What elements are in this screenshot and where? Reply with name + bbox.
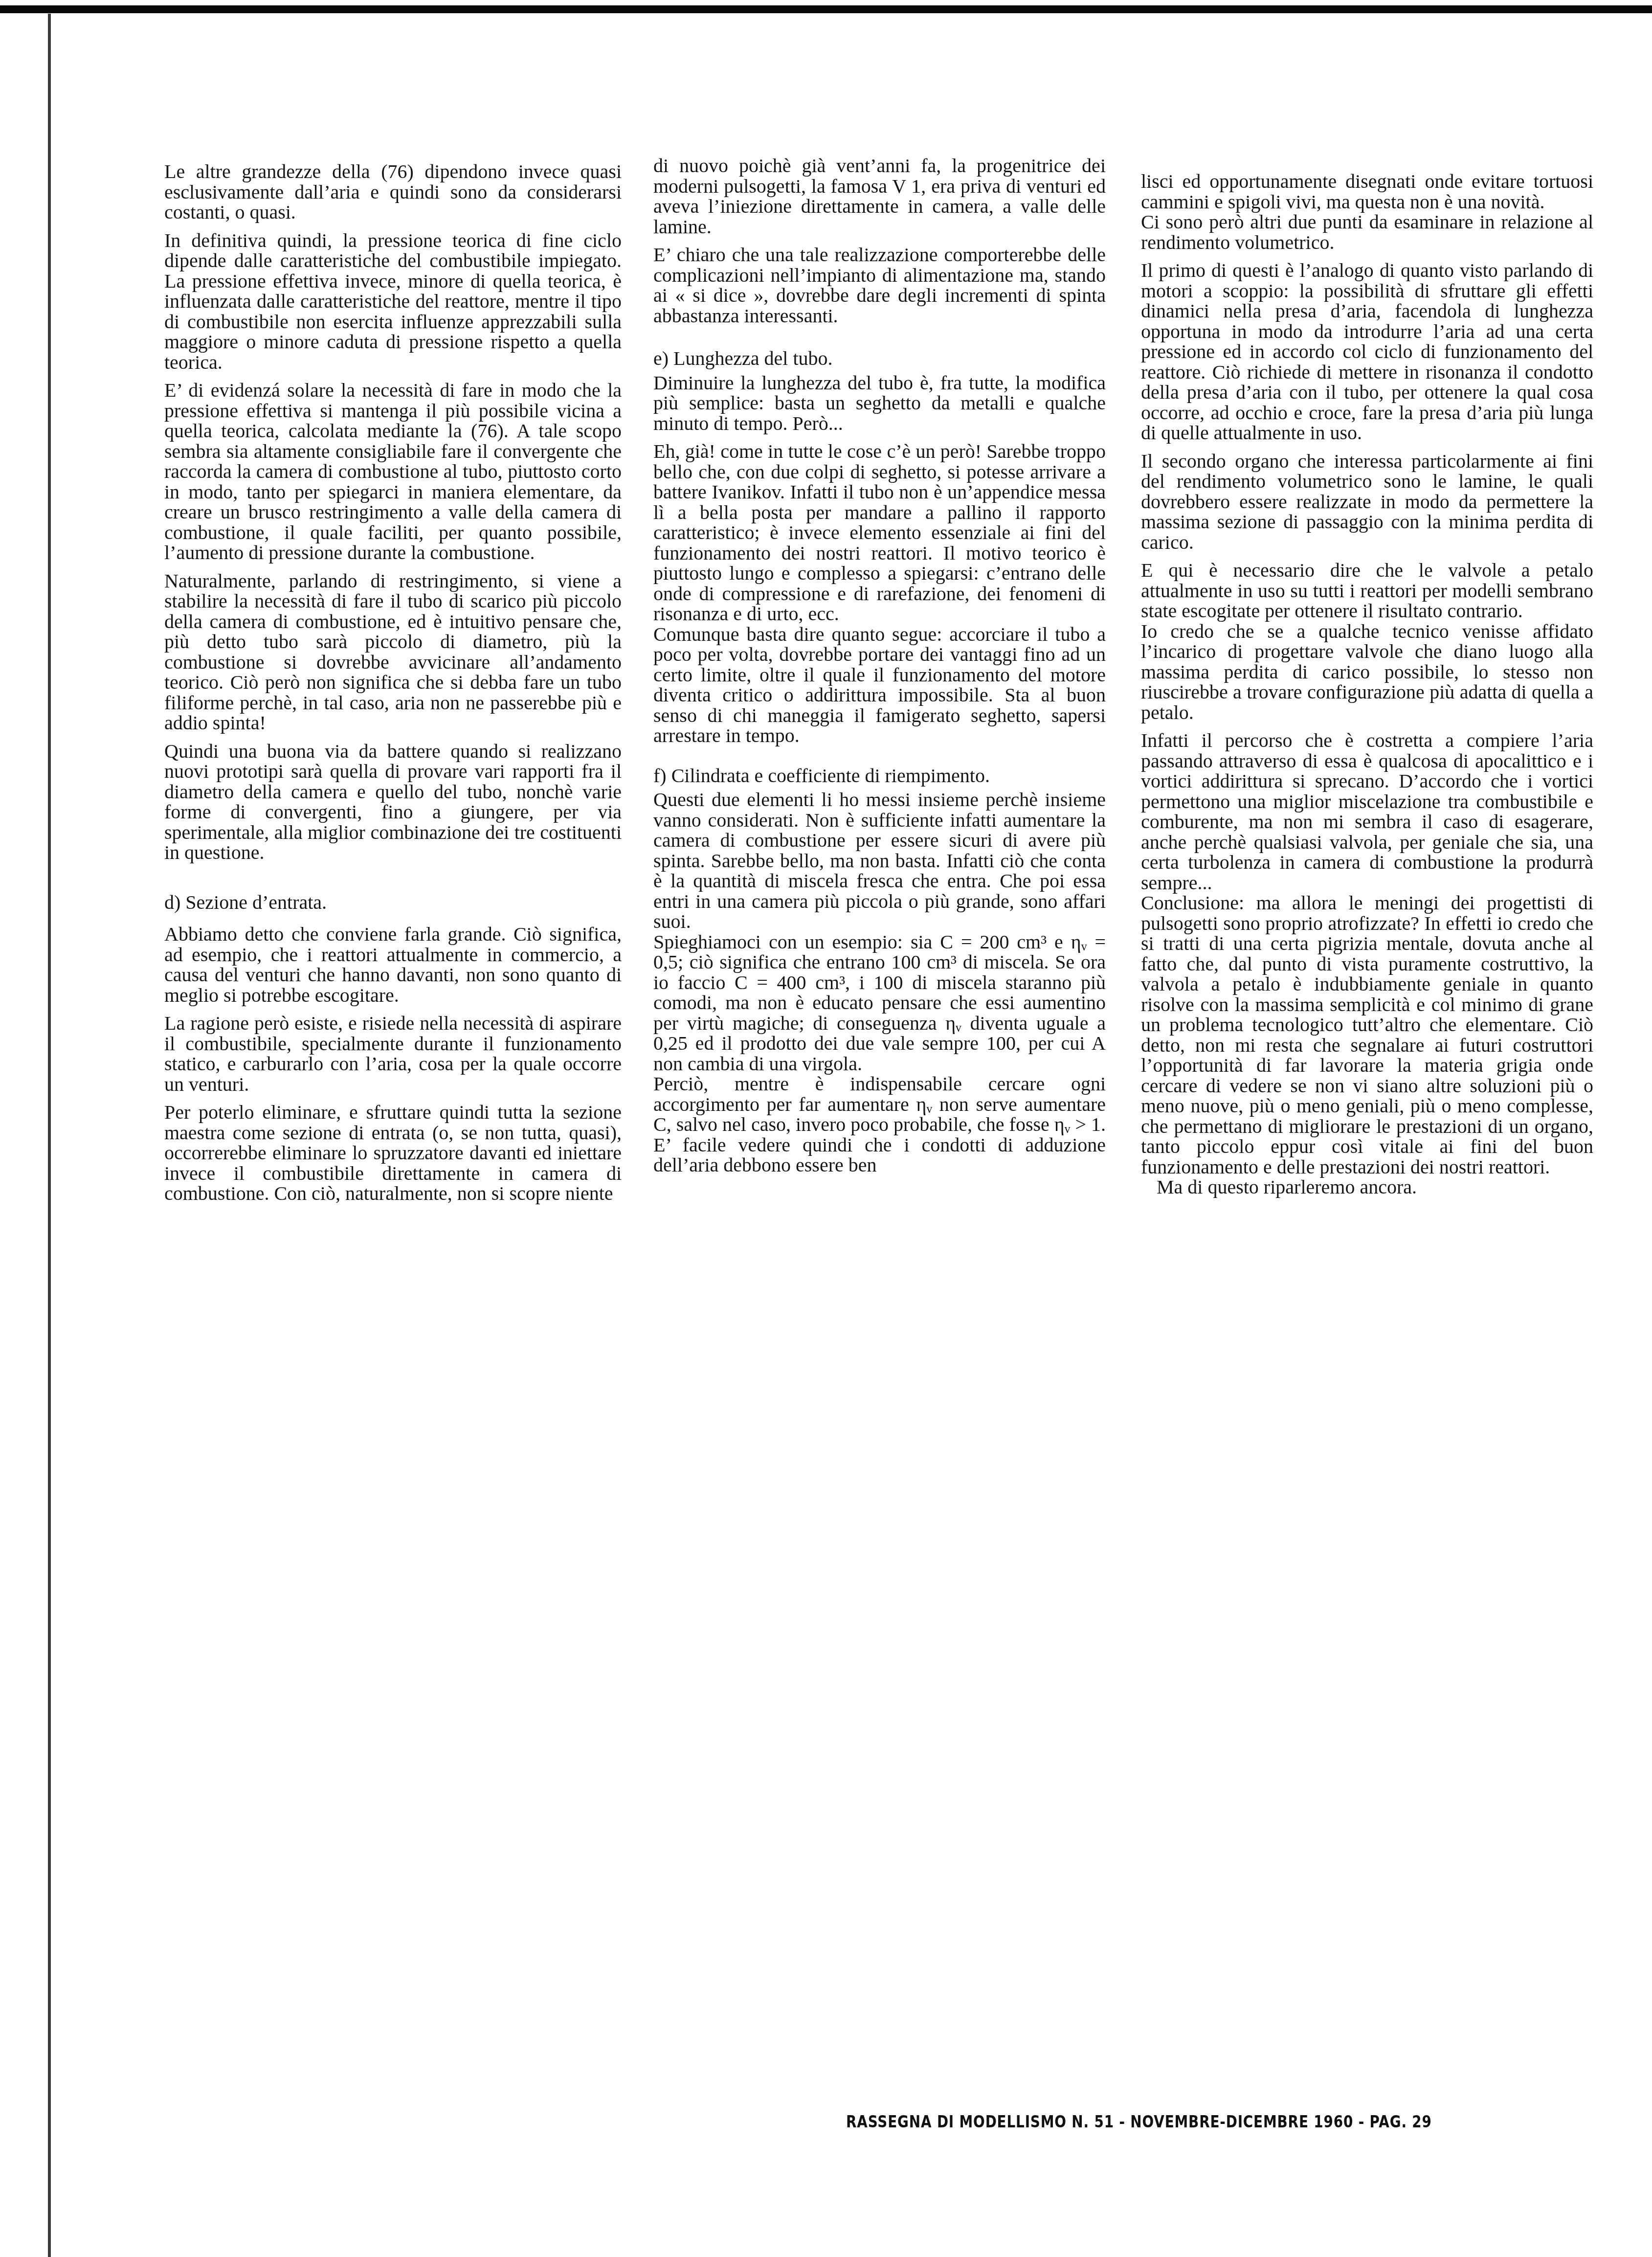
paragraph: Conclusione: ma allora le meningi dei pr…	[1141, 893, 1593, 1177]
scan-border-top	[0, 5, 1652, 13]
section-heading-d: d) Sezione d’entrata.	[164, 892, 622, 913]
paragraph: Comunque basta dire quanto segue: accorc…	[653, 624, 1106, 746]
paragraph: Questi due elementi li ho messi insieme …	[653, 790, 1106, 932]
paragraph: Quindi una buona via da battere quando s…	[164, 741, 622, 863]
paragraph: E’ chiaro che una tale realizzazione com…	[653, 245, 1106, 326]
paragraph: Il primo di questi è l’analogo di quanto…	[1141, 260, 1593, 443]
paragraph: Spieghiamoci con un esempio: sia C = 200…	[653, 932, 1106, 1074]
paragraph: Diminuire la lunghezza del tubo è, fra t…	[653, 373, 1106, 434]
text-column-3: lisci ed opportunamente disegnati onde e…	[1141, 171, 1593, 1205]
paragraph: Per poterlo eliminare, e sfruttare quind…	[164, 1102, 622, 1204]
section-heading-e: e) Lunghezza del tubo.	[653, 348, 1106, 369]
paragraph: Il secondo organo che interessa particol…	[1141, 451, 1593, 553]
closing-line: Ma di questo riparleremo ancora.	[1141, 1177, 1593, 1197]
paragraph: E’ di evidenzá solare la necessità di fa…	[164, 380, 622, 563]
paragraph: In definitiva quindi, la pressione teori…	[164, 230, 622, 373]
paragraph: di nuovo poichè già vent’anni fa, la pro…	[653, 156, 1106, 237]
page-footer: RASSEGNA DI MODELLISMO N. 51 - NOVEMBRE-…	[846, 2112, 1448, 2132]
paragraph: E’ facile vedere quindi che i condotti d…	[653, 1135, 1106, 1175]
paragraph: La ragione però esiste, e risiede nella …	[164, 1013, 622, 1094]
paragraph: Ci sono però altri due punti da esaminar…	[1141, 212, 1593, 252]
paragraph: Abbiamo detto che conviene farla grande.…	[164, 924, 622, 1005]
paragraph: E qui è necessario dire che le valvole a…	[1141, 560, 1593, 621]
paragraph: Le altre grandezze della (76) dipendono …	[164, 161, 622, 223]
paragraph: Perciò, mentre è indispensabile cercare …	[653, 1074, 1106, 1135]
text-column-2: di nuovo poichè già vent’anni fa, la pro…	[653, 156, 1106, 1183]
paragraph: Naturalmente, parlando di restringimento…	[164, 571, 622, 733]
paragraph: lisci ed opportunamente disegnati onde e…	[1141, 171, 1593, 212]
section-heading-f: f) Cilindrata e coefficiente di riempime…	[653, 766, 1106, 786]
text-column-1: Le altre grandezze della (76) dipendono …	[164, 161, 622, 1212]
paragraph: Infatti il percorso che è costretta a co…	[1141, 730, 1593, 893]
paragraph: Io credo che se a qualche tecnico veniss…	[1141, 621, 1593, 723]
scan-border-left	[48, 14, 51, 2257]
paragraph: Eh, già! come in tutte le cose c’è un pe…	[653, 441, 1106, 624]
